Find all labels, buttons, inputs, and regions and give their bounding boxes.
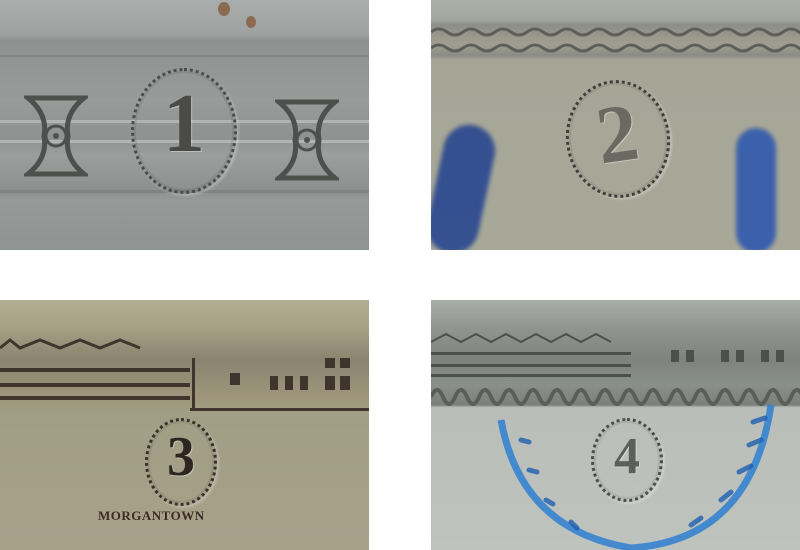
glaze-spot [218, 2, 230, 16]
cobalt-brushstroke [431, 120, 500, 250]
townscape-coggle-band [0, 328, 369, 418]
ornament-stamp-left [24, 94, 88, 178]
capacity-mark-oval: 1 [131, 68, 237, 194]
photo-panel-3: 3 MORGANTOWN [0, 300, 369, 550]
rope-coggle-band [431, 22, 800, 60]
cobalt-brushstroke [736, 128, 776, 250]
capacity-mark-oval: 2 [558, 73, 677, 204]
photo-panel-1: 1 [0, 0, 369, 250]
capacity-numeral: 4 [594, 427, 660, 486]
jar-ridge [0, 55, 369, 57]
ornament-stamp-right [275, 98, 339, 182]
townscape-coggle-band [431, 312, 800, 412]
photo-panel-2: 2 [431, 0, 800, 250]
capacity-numeral: 2 [562, 81, 672, 188]
capacity-mark-oval: 3 [145, 418, 217, 506]
photo-panel-4: 4 [431, 300, 800, 550]
capacity-numeral: 1 [134, 75, 234, 172]
capacity-mark-oval: 4 [591, 418, 663, 502]
capacity-numeral: 3 [148, 425, 214, 489]
glaze-spot [246, 16, 256, 28]
maker-stamp: MORGANTOWN [98, 508, 205, 524]
